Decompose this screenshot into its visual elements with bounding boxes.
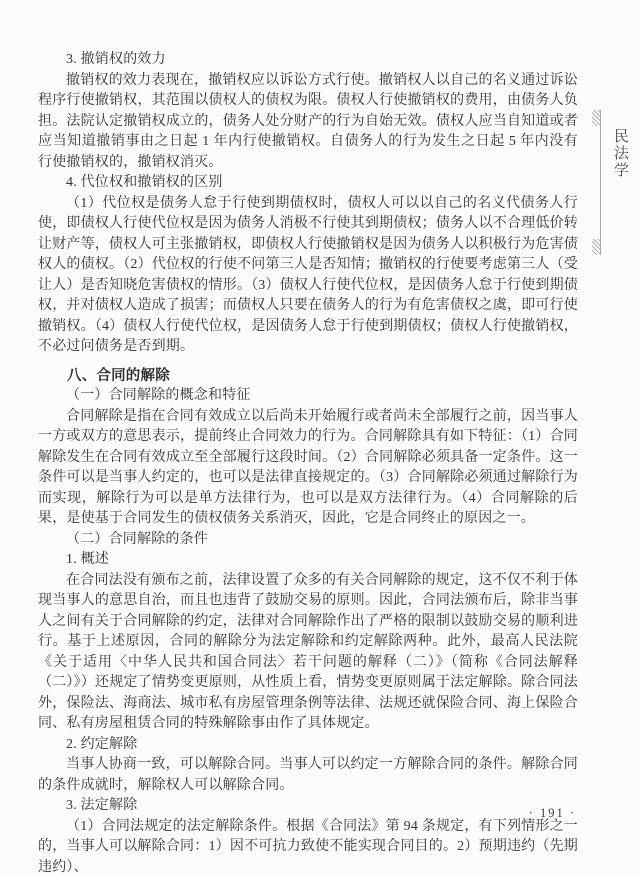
paragraph-concept-features: 合同解除是指在合同有效成立以后尚未开始履行或者尚未全部履行之前，因当事人一方或双…	[38, 407, 578, 530]
section-heading-conditions: （二）合同解除的条件	[38, 530, 578, 551]
paragraph-statutory-rescission: （1）合同法规定的法定解除条件。根据《合同法》第 94 条规定，有下列情形之一的…	[38, 817, 578, 876]
book-page: 3. 撤销权的效力 撤销权的效力表现在，撤销权应以诉讼方式行使。撤销权人以自己的…	[0, 0, 640, 876]
edge-tab-rule	[592, 110, 601, 255]
edge-tab-subject-label: 民法学	[607, 128, 633, 255]
section-heading-concept-features: （一）合同解除的概念和特征	[38, 386, 578, 407]
sub-heading-revocation-effect: 3. 撤销权的效力	[38, 50, 578, 71]
sub-heading-agreed-rescission: 2. 约定解除	[38, 735, 578, 756]
edge-tab-part-label: 第二部分	[633, 116, 640, 255]
edge-tab-text: 第二部分 民法学	[601, 110, 640, 255]
sub-heading-subrogation-vs-revocation: 4. 代位权和撤销权的区别	[38, 173, 578, 194]
chapter-heading-contract-rescission: 八、合同的解除	[38, 366, 578, 387]
sub-heading-statutory-rescission: 3. 法定解除	[38, 796, 578, 817]
sub-heading-overview: 1. 概述	[38, 550, 578, 571]
paragraph-overview: 在合同法没有颁布之前，法律设置了众多的有关合同解除的规定，这不仅不利于体现当事人…	[38, 571, 578, 735]
edge-tab-part2-civil-law: 第二部分 民法学	[592, 110, 640, 255]
paragraph-agreed-rescission: 当事人协商一致，可以解除合同。当事人可以约定一方解除合同的条件。解除合同的条件成…	[38, 755, 578, 796]
page-number: · 191 ·	[529, 806, 576, 821]
page-body-text: 3. 撤销权的效力 撤销权的效力表现在，撤销权应以诉讼方式行使。撤销权人以自己的…	[38, 50, 578, 876]
paragraph-subrogation-vs-revocation: （1）代位权是债务人怠于行使到期债权时，债权人可以以自己的名义代债务人行使，即债…	[38, 194, 578, 358]
paragraph-revocation-effect: 撤销权的效力表现在，撤销权应以诉讼方式行使。撤销权人以自己的名义通过诉讼程序行使…	[38, 71, 578, 174]
